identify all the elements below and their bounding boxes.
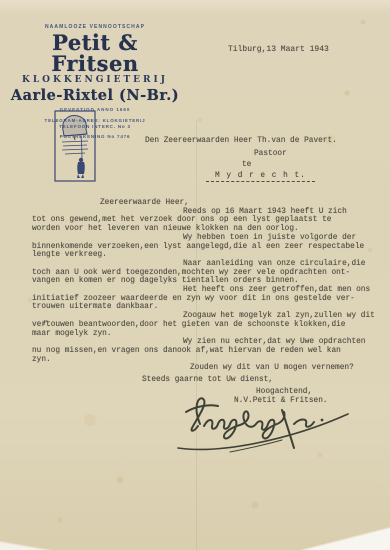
letter-body-line: Zeereerwaarde Heer, bbox=[100, 199, 380, 208]
letter-body-line: nu nog missen,en vragen ons danook af,wa… bbox=[32, 347, 380, 356]
scan-corner-artifact bbox=[0, 538, 70, 550]
recipient-te-line: te bbox=[242, 161, 251, 169]
letter-body: Zeereerwaarde Heer,Reeds op 16 Maart 194… bbox=[32, 199, 380, 406]
letter-body-line: maar mogelyk zyn. bbox=[32, 330, 380, 339]
letter-body-line: lengte verkreeg. bbox=[32, 251, 380, 260]
company-location-line: Aarle-Rixtel (N-Br.) bbox=[9, 87, 181, 104]
recipient-title-line: Pastoor bbox=[254, 150, 287, 158]
dateline: Tilburg,13 Maart 1943 bbox=[228, 45, 329, 54]
signature-handwriting bbox=[170, 390, 365, 465]
company-name: Petit & Fritsen bbox=[9, 32, 181, 74]
letter-body-line: vertouwen beantwoorden,door het gieten v… bbox=[32, 321, 380, 330]
scanned-letter-page: NAAMLOOZE VENNOOTSCHAP Petit & Fritsen K… bbox=[0, 0, 390, 550]
letter-body-line: worden voor het leveren van nieuwe klokk… bbox=[32, 225, 380, 234]
recipient-city-line: M y d r e c h t. bbox=[206, 172, 315, 182]
letter-body-line: trouwen uitermate dankbaar. bbox=[32, 303, 380, 312]
letter-body-line: Steeds gaarne tot Uw dienst, bbox=[142, 376, 380, 385]
letter-body-line: Naar aanleiding van onze circulaire,die bbox=[183, 260, 380, 269]
letter-body-line: vangen en komen er nog dagelyks tientall… bbox=[32, 277, 380, 286]
scan-corner-artifact bbox=[280, 522, 390, 550]
letter-body-line: Wy hebben toen in juiste volgorde der bbox=[183, 234, 380, 243]
letter-body-line: Zouden wy dit van U mogen vernemen? bbox=[190, 364, 380, 373]
letter-body-line: tot ons gewend,met het verzoek door ons … bbox=[32, 216, 380, 225]
bell-founder-emblem-icon bbox=[54, 110, 96, 187]
recipient-name-line: Den Zeereerwaarden Heer Th.van de Pavert… bbox=[145, 137, 337, 145]
letter-body-line: Wy zien nu echter,dat wy Uwe opdrachten bbox=[183, 338, 380, 347]
company-business-line: KLOKKENGIETERIJ bbox=[9, 75, 181, 85]
handwritten-correction-mark: r bbox=[43, 318, 47, 327]
letter-body-line: binnenkomende verzoeken,een lyst aangele… bbox=[32, 243, 380, 252]
letter-body-line: Zoogauw het mogelyk zal zyn,zullen wy di… bbox=[183, 312, 380, 321]
letter-body-line: Het heeft ons zeer getroffen,dat men ons bbox=[183, 286, 380, 295]
